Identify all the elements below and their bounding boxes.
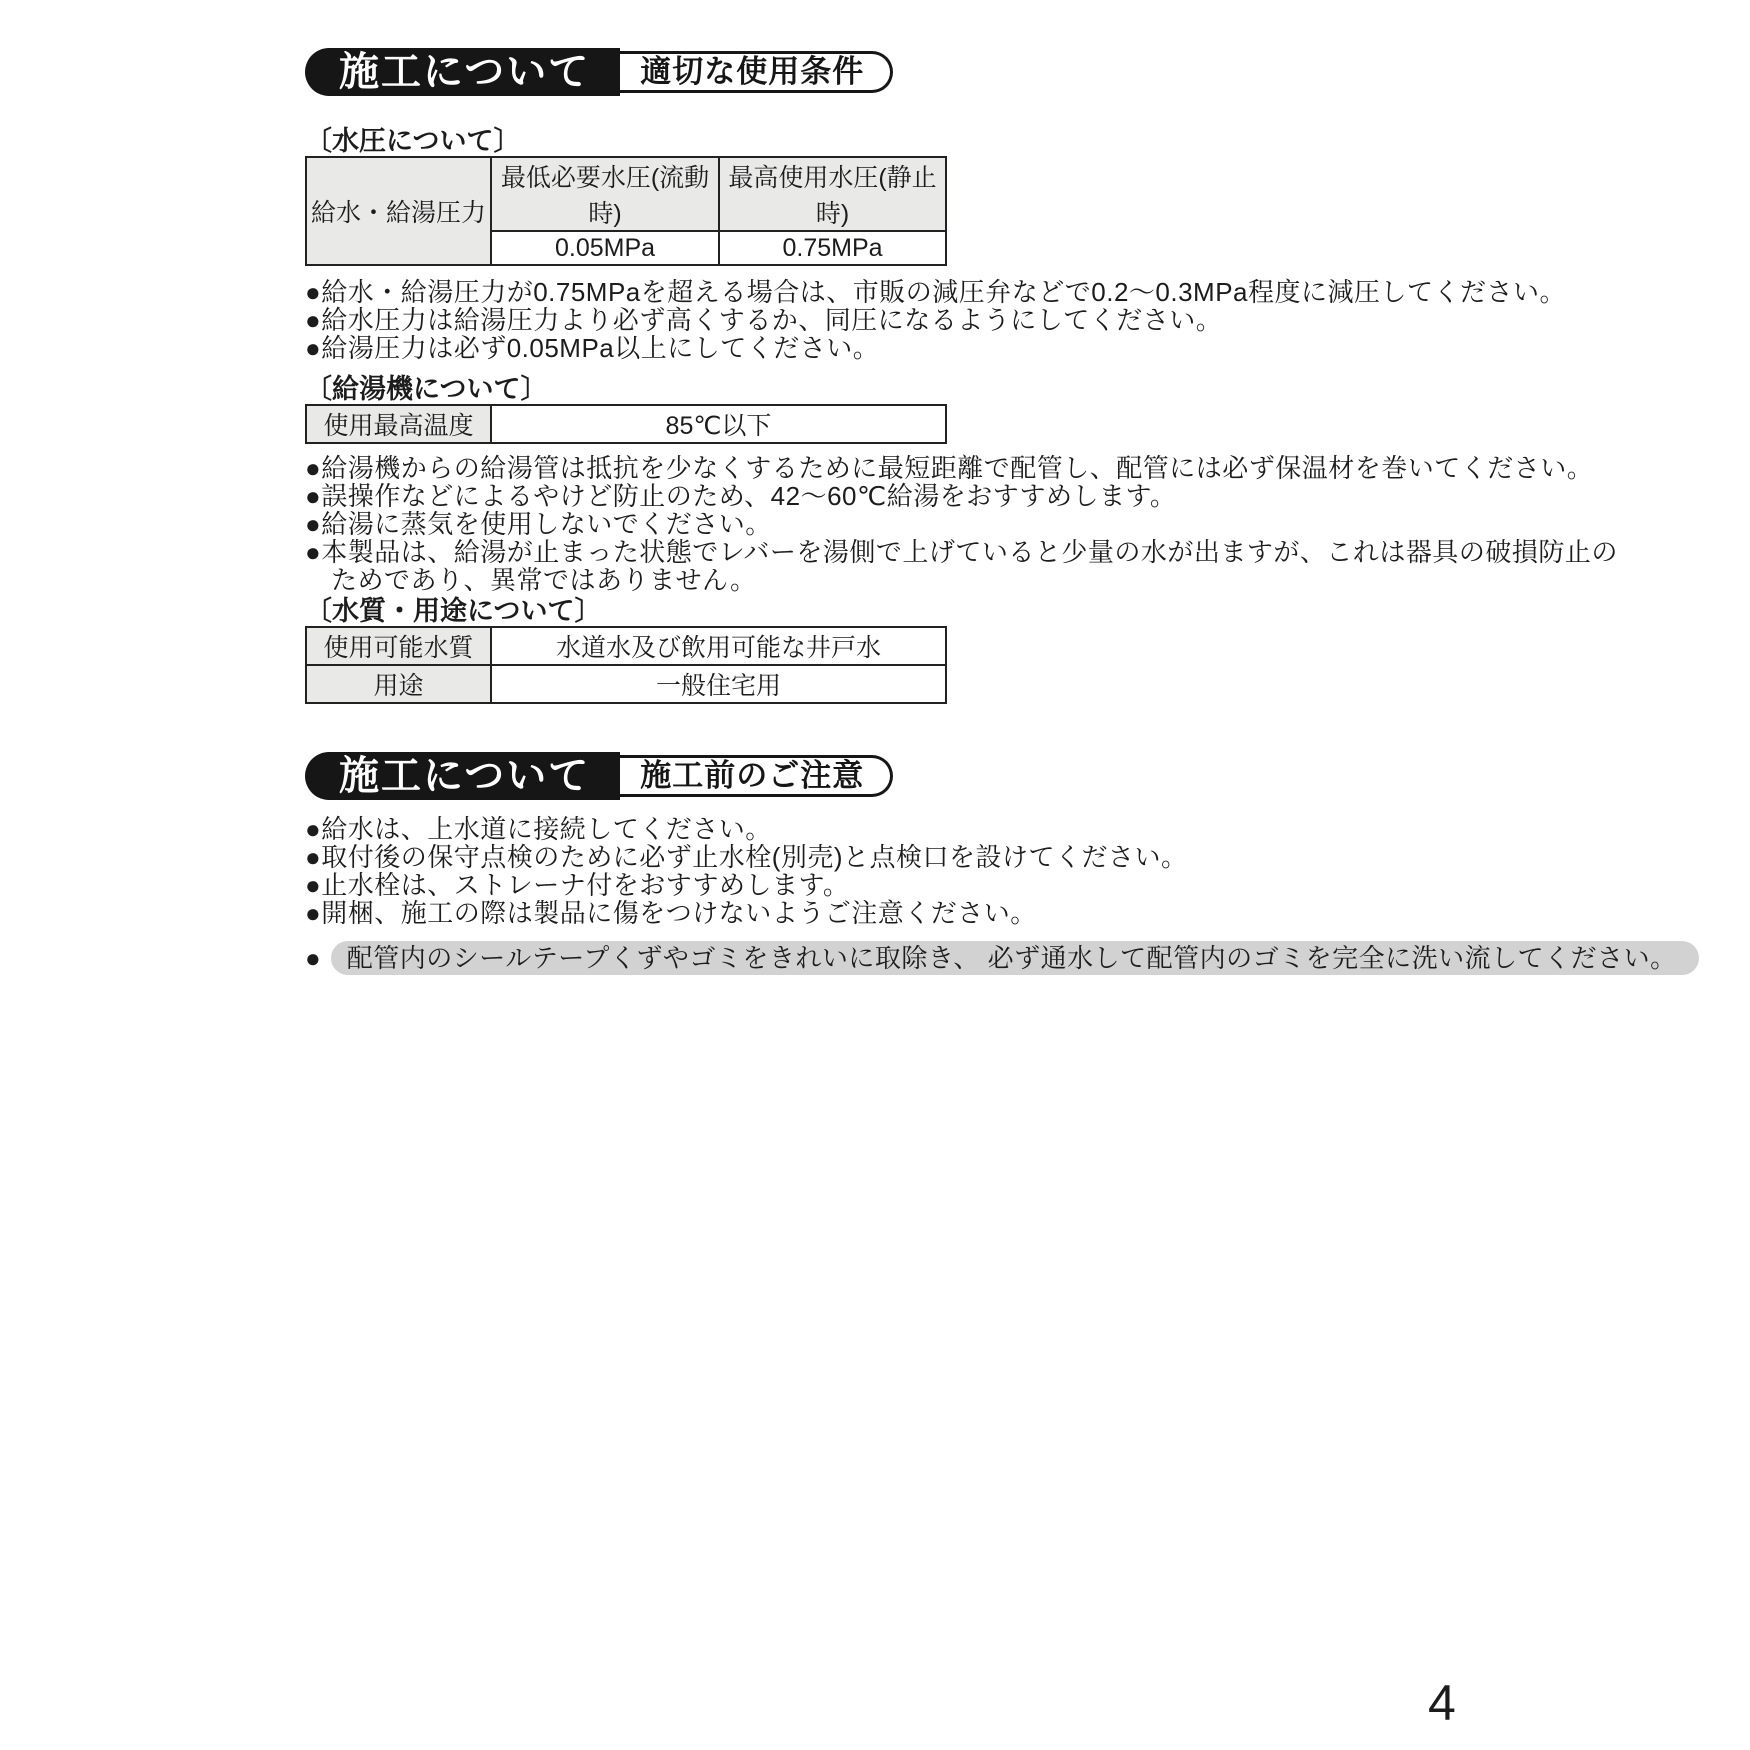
note-item: ●取付後の保守点検のために必ず止水栓(別売)と点検口を設けてください。	[305, 843, 1625, 871]
manual-page: 施工について 適切な使用条件 〔水圧について〕 給水・給湯圧力 最低必要水圧(流…	[0, 0, 1750, 1750]
water-heater-table: 使用最高温度 85℃以下	[305, 404, 947, 444]
pressure-value-max: 0.75MPa	[719, 231, 946, 265]
note-item: ●給湯圧力は必ず0.05MPa以上にしてください。	[305, 334, 1625, 362]
page-content: 施工について 適切な使用条件 〔水圧について〕 給水・給湯圧力 最低必要水圧(流…	[305, 0, 1625, 975]
section-header-pre-install-cautions: 施工について 施工前のご注意	[305, 752, 1625, 800]
note-item-continuation: ためであり、異常ではありません。	[305, 566, 1625, 594]
water-pressure-heading: 〔水圧について〕	[305, 126, 1625, 156]
pressure-header-min: 最低必要水圧(流動時)	[491, 157, 719, 231]
section-subtitle: 適切な使用条件	[620, 51, 893, 93]
water-heater-notes: ●給湯機からの給湯管は抵抗を少なくするために最短距離で配管し、配管には必ず保温材…	[305, 454, 1625, 594]
water-heater-heading: 〔給湯機について〕	[305, 374, 1625, 404]
water-pressure-table: 給水・給湯圧力 最低必要水圧(流動時) 最高使用水圧(静止時) 0.05MPa …	[305, 156, 947, 266]
note-item: ●止水栓は、ストレーナ付をおすすめします。	[305, 871, 1625, 899]
note-item: ●給湯に蒸気を使用しないでください。	[305, 510, 1625, 538]
quality-row-value: 水道水及び飲用可能な井戸水	[491, 627, 946, 665]
section-title: 施工について	[305, 48, 620, 96]
use-row-value: 一般住宅用	[491, 665, 946, 703]
note-item: ●誤操作などによるやけど防止のため、42～60℃給湯をおすすめします。	[305, 482, 1625, 510]
section-header-usage-conditions: 施工について 適切な使用条件	[305, 48, 1625, 96]
table-row: 用途 一般住宅用	[306, 665, 946, 703]
pressure-row-label: 給水・給湯圧力	[306, 157, 491, 265]
section-subtitle: 施工前のご注意	[620, 755, 893, 797]
pressure-value-min: 0.05MPa	[491, 231, 719, 265]
section-title: 施工について	[305, 752, 620, 800]
quality-row-label: 使用可能水質	[306, 627, 491, 665]
heater-value: 85℃以下	[491, 405, 946, 443]
note-item: ●本製品は、給湯が止まった状態でレバーを湯側で上げていると少量の水が出ますが、こ…	[305, 538, 1625, 566]
note-item: ●給水・給湯圧力が0.75MPaを超える場合は、市販の減圧弁などで0.2～0.3…	[305, 278, 1625, 306]
page-number: 4	[1428, 1678, 1456, 1728]
pre-install-notes: ●給水は、上水道に接続してください。 ●取付後の保守点検のために必ず止水栓(別売…	[305, 815, 1625, 927]
water-pressure-notes: ●給水・給湯圧力が0.75MPaを超える場合は、市販の減圧弁などで0.2～0.3…	[305, 278, 1625, 362]
table-row: 使用可能水質 水道水及び飲用可能な井戸水	[306, 627, 946, 665]
water-quality-table: 使用可能水質 水道水及び飲用可能な井戸水 用途 一般住宅用	[305, 626, 947, 704]
water-quality-heading: 〔水質・用途について〕	[305, 596, 1625, 626]
heater-row-label: 使用最高温度	[306, 405, 491, 443]
note-item: ●給水は、上水道に接続してください。	[305, 815, 1625, 843]
note-item: ●給水圧力は給湯圧力より必ず高くするか、同圧になるようにしてください。	[305, 306, 1625, 334]
bullet-icon: ●	[305, 942, 321, 974]
use-row-label: 用途	[306, 665, 491, 703]
note-item: ●開梱、施工の際は製品に傷をつけないようご注意ください。	[305, 899, 1625, 927]
highlight-note-row: ● 配管内のシールテープくずやゴミをきれいに取除き、 必ず通水して配管内のゴミを…	[305, 941, 1625, 975]
note-item: ●給湯機からの給湯管は抵抗を少なくするために最短距離で配管し、配管には必ず保温材…	[305, 454, 1625, 482]
highlight-note: 配管内のシールテープくずやゴミをきれいに取除き、 必ず通水して配管内のゴミを完全…	[331, 941, 1699, 975]
pressure-header-max: 最高使用水圧(静止時)	[719, 157, 946, 231]
